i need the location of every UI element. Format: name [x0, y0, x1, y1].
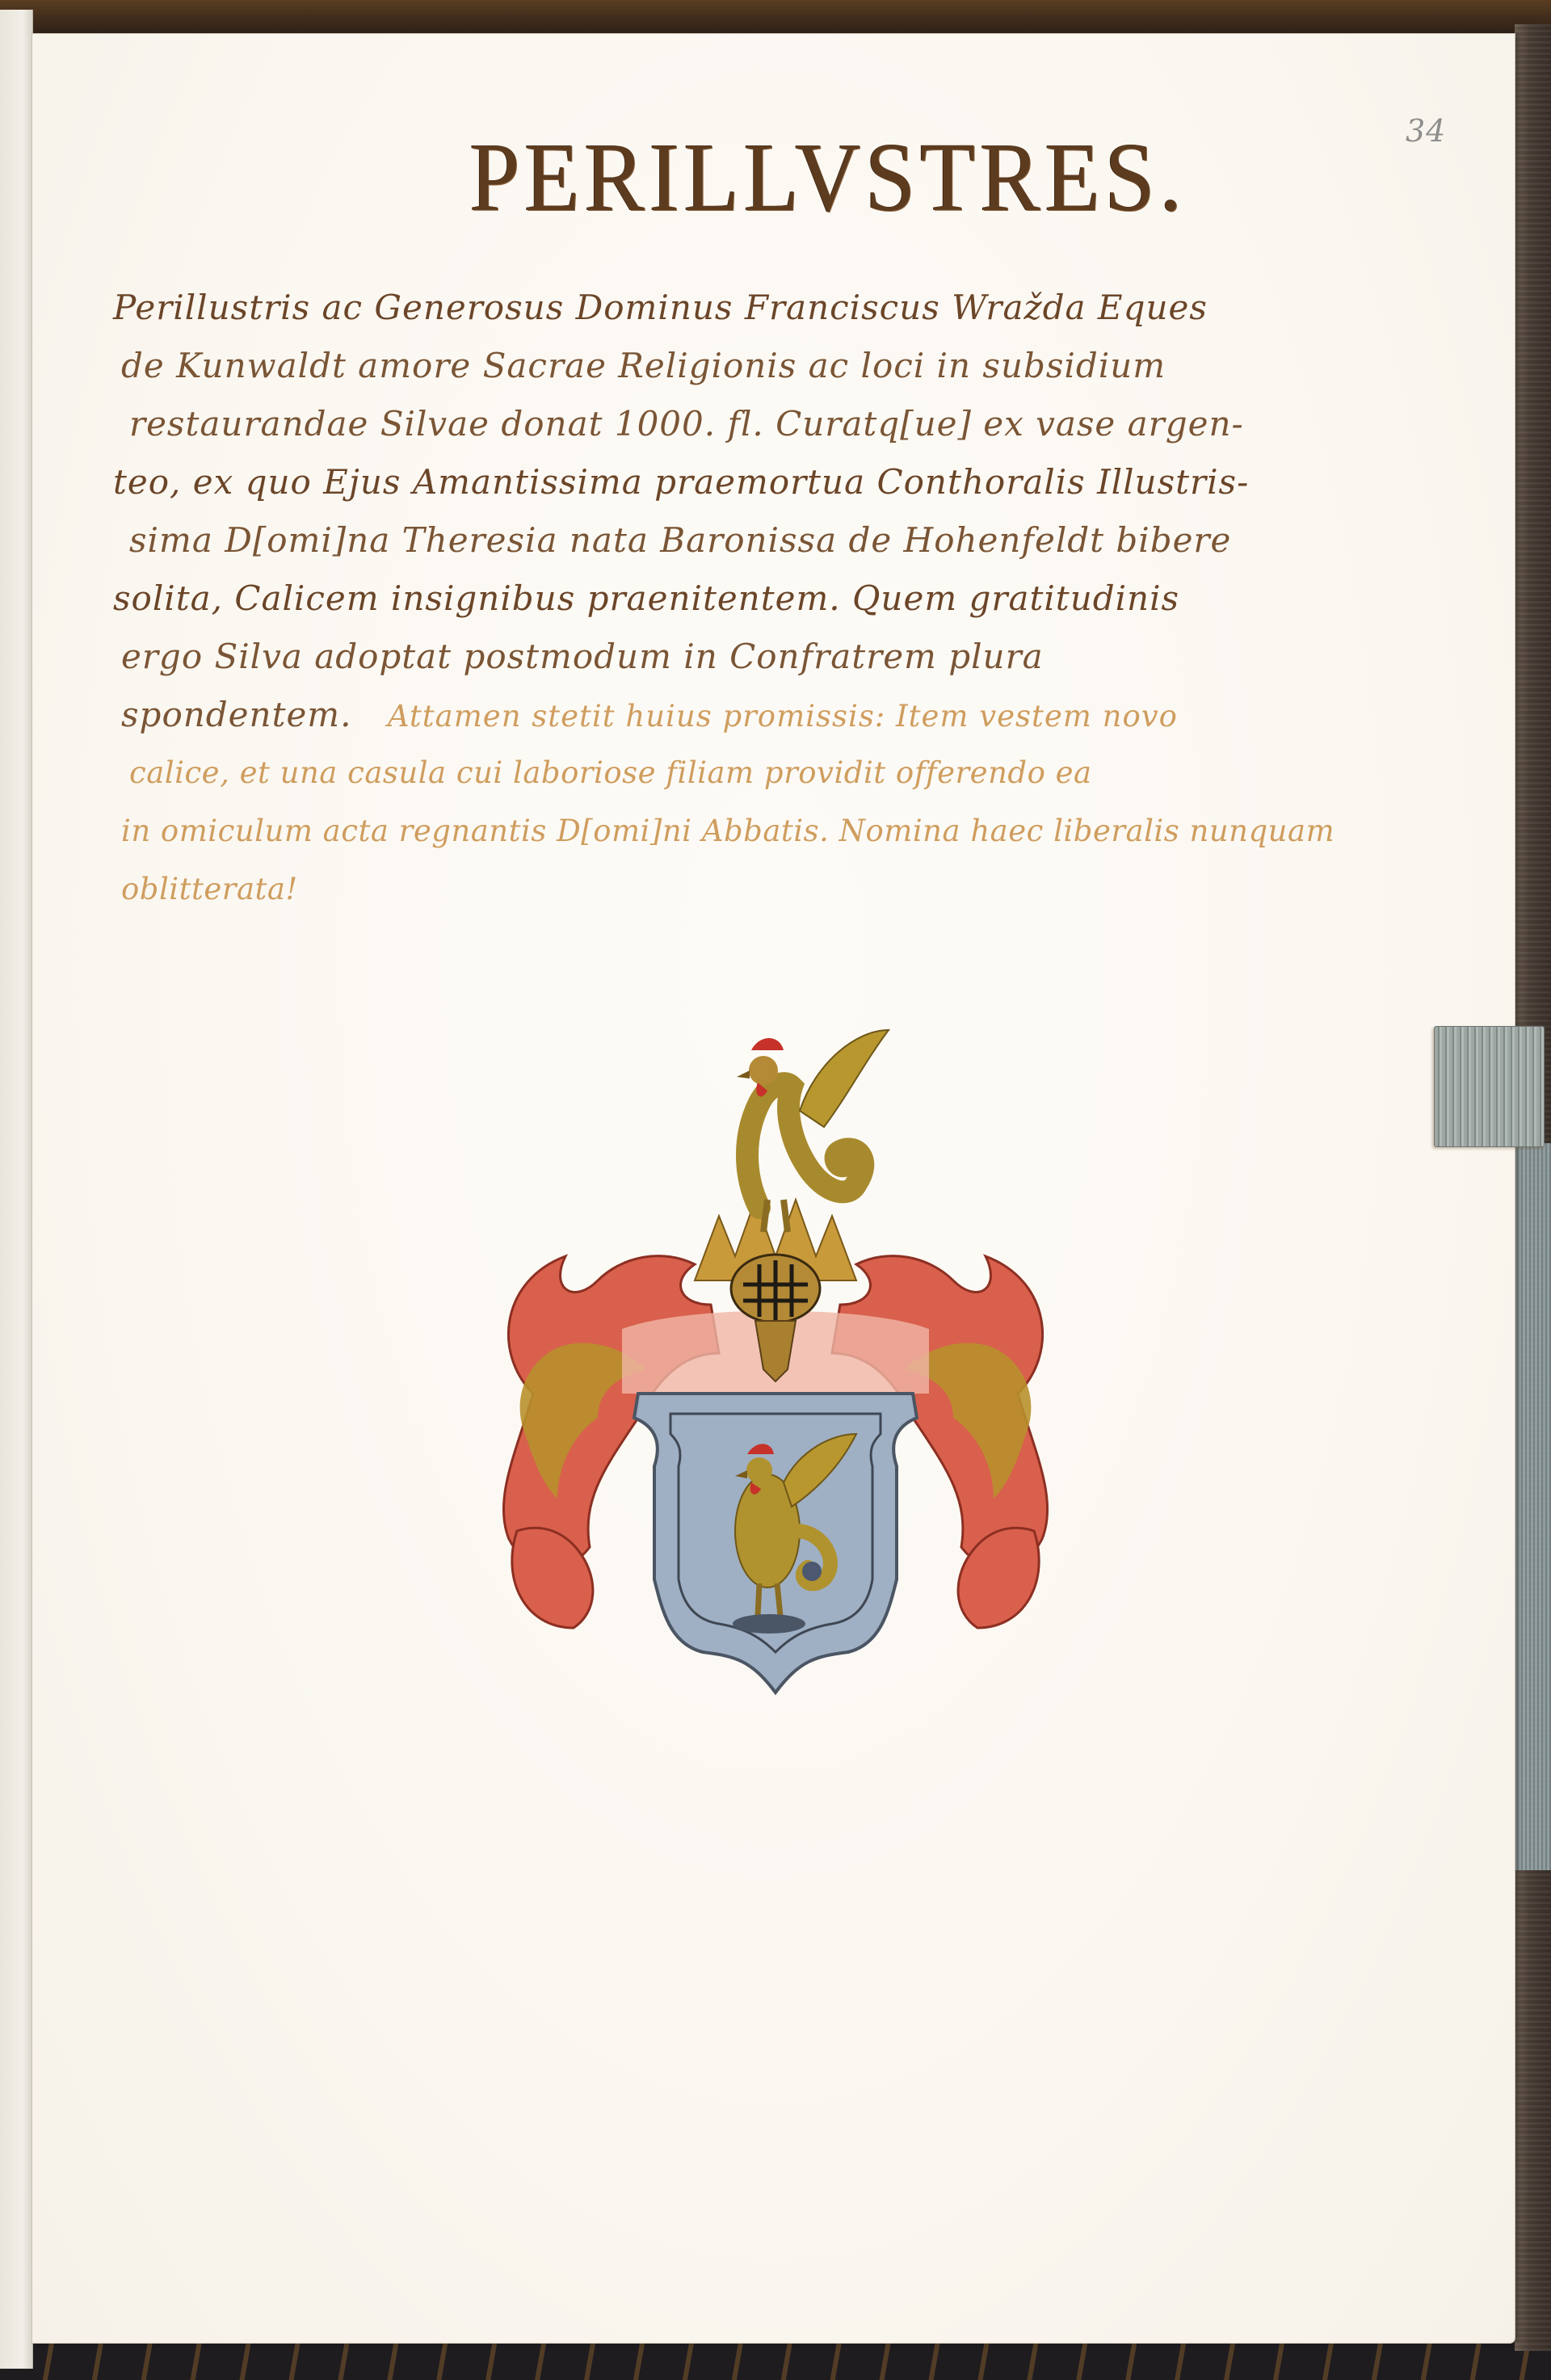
- text-line-addition: in omiculum acta regnantis D[omi]ni Abba…: [113, 802, 1454, 860]
- ribbon-hanging-strip: [1511, 1143, 1551, 1870]
- text-line: Perillustris ac Generosus Dominus Franci…: [113, 279, 1454, 337]
- text-line-addition: calice, et una casula cui laboriose fili…: [113, 744, 1454, 802]
- text-line: ergo Silva adoptat postmodum in Confratr…: [113, 628, 1454, 686]
- text-line: restaurandae Silvae donat 1000. fl. Cura…: [113, 395, 1454, 453]
- ribbon-bookmark-tab[interactable]: [1434, 1026, 1545, 1147]
- page-heading: PERILLVSTRES.: [401, 121, 1255, 234]
- text-line: teo, ex quo Ejus Amantissima praemortua …: [113, 453, 1454, 511]
- facing-page-edge: [0, 10, 33, 2369]
- text-line-mixed: spondentem. Attamen stetit huius promiss…: [113, 686, 1454, 744]
- text-line-addition: oblitterata!: [113, 860, 1454, 919]
- coat-of-arms-illustration: [477, 1014, 1074, 1725]
- text-line: sima D[omi]na Theresia nata Baronissa de…: [113, 511, 1454, 570]
- text-line: de Kunwaldt amore Sacrae Religionis ac l…: [113, 337, 1454, 395]
- text-segment: spondentem.: [121, 686, 351, 744]
- crest-cockatrice-icon: [737, 1030, 889, 1232]
- text-segment-addition: Attamen stetit huius promissis: Item ves…: [364, 688, 1178, 746]
- bottom-binding-edge: [0, 2343, 1551, 2380]
- text-line: solita, Calicem insignibus praenitentem.…: [113, 570, 1454, 628]
- manuscript-text: Perillustris ac Generosus Dominus Franci…: [113, 279, 1454, 919]
- page-number: 34: [1406, 113, 1446, 149]
